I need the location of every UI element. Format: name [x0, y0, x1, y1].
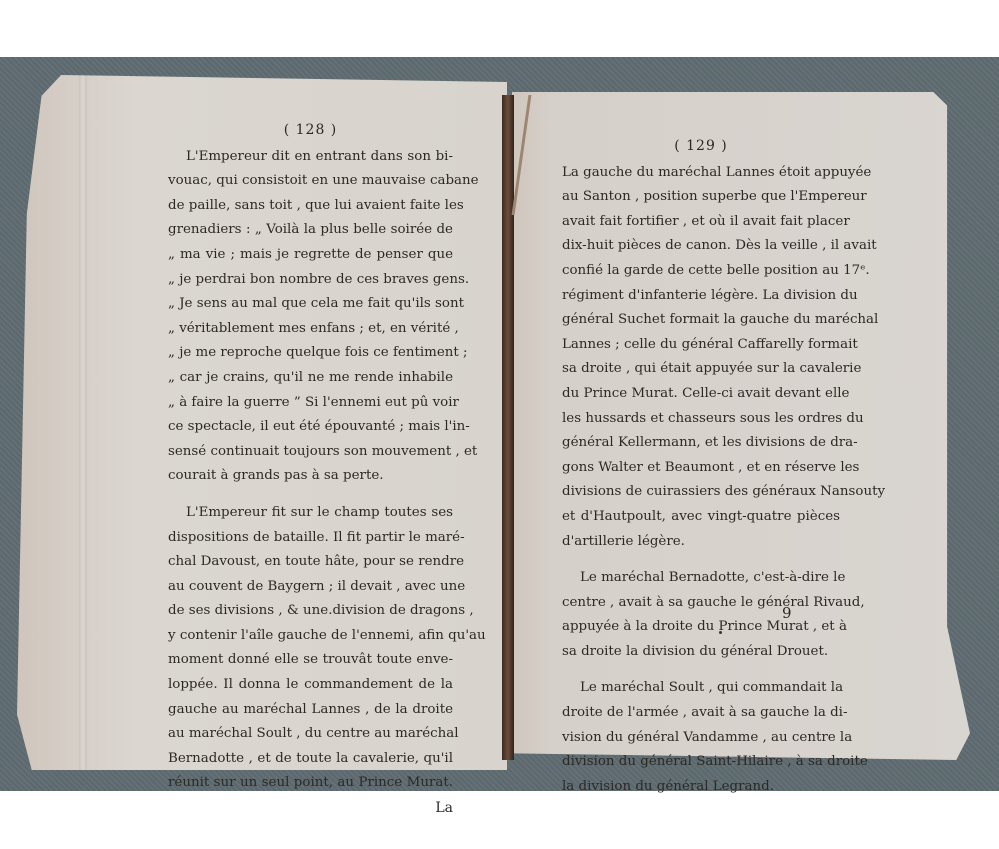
right-page-text: ( 129 ) La gauche du maréchal Lannes éto…	[562, 134, 840, 799]
paragraph: Le maréchal Soult , qui commandait la dr…	[562, 676, 840, 799]
left-page-deckle-edge	[79, 75, 87, 770]
text-line: vision du général Vandamme , au centre l…	[562, 726, 840, 751]
text-line: au couvent de Baygern ; il devait , avec…	[168, 575, 453, 600]
text-line: vouac, qui consistoit en une mauvaise ca…	[168, 169, 453, 194]
text-line: „ je perdrai bon nombre de ces braves ge…	[168, 268, 453, 293]
text-line: dix-huit pièces de canon. Dès la veille …	[562, 234, 840, 259]
text-line: Le maréchal Soult , qui commandait la	[562, 676, 840, 701]
text-line: moment donné elle se trouvât toute enve-	[168, 648, 453, 673]
text-line: courait à grands pas à sa perte.	[168, 464, 453, 489]
text-line: „ car je crains, qu'il ne me rende inhab…	[168, 366, 453, 391]
text-line: sensé continuait toujours son mouvement …	[168, 440, 453, 465]
paragraph: La gauche du maréchal Lannes étoit appuy…	[562, 161, 840, 555]
paragraph: Le maréchal Bernadotte, c'est-à-dire le …	[562, 566, 840, 664]
text-line: „ véritablement mes enfans ; et, en véri…	[168, 317, 453, 342]
signature-mark: 9	[782, 604, 792, 622]
text-line: sa droite , qui était appuyée sur la cav…	[562, 357, 840, 382]
text-line: centre , avait à sa gauche le général Ri…	[562, 591, 840, 616]
text-line: grenadiers : „ Voilà la plus belle soiré…	[168, 218, 453, 243]
text-line: loppée. Il donna le commandement de la	[168, 673, 453, 698]
text-line: gons Walter et Beaumont , et en réserve …	[562, 456, 840, 481]
text-line: les hussards et chasseurs sous les ordre…	[562, 407, 840, 432]
text-line: chal Davoust, en toute hâte, pour se ren…	[168, 550, 453, 575]
text-line: réunit sur un seul point, au Prince Mura…	[168, 771, 453, 796]
text-line: L'Empereur dit en entrant dans son bi-	[168, 145, 453, 170]
page-number-right: ( 129 )	[562, 134, 840, 159]
catchword: La	[168, 796, 453, 821]
text-line: la division du général Legrand.	[562, 775, 840, 800]
text-line: d'artillerie légère.	[562, 530, 840, 555]
text-line: de paille, sans toit , que lui avaient f…	[168, 194, 453, 219]
text-line: général Kellermann, et les divisions de …	[562, 431, 840, 456]
ink-dot	[719, 631, 722, 634]
text-line: „ ma vie ; mais je regrette de penser qu…	[168, 243, 453, 268]
text-line: dispositions de bataille. Il fit partir …	[168, 526, 453, 551]
text-line: division du général Saint-Hilaire , à sa…	[562, 750, 840, 775]
text-line: y contenir l'aîle gauche de l'ennemi, af…	[168, 624, 453, 649]
text-line: La gauche du maréchal Lannes étoit appuy…	[562, 161, 840, 186]
text-line: divisions de cuirassiers des généraux Na…	[562, 480, 840, 505]
text-line: régiment d'infanterie légère. La divisio…	[562, 284, 840, 309]
left-page-text: ( 128 ) L'Empereur dit en entrant dans s…	[168, 118, 453, 821]
text-line: L'Empereur fit sur le champ toutes ses	[168, 501, 453, 526]
text-line: „ Je sens au mal que cela me fait qu'ils…	[168, 292, 453, 317]
book-gutter	[502, 95, 514, 760]
paragraph: L'Empereur dit en entrant dans son bi- v…	[168, 145, 453, 489]
text-line: de ses divisions , & une.division de dra…	[168, 599, 453, 624]
text-line: „ à faire la guerre ” Si l'ennemi eut pû…	[168, 391, 453, 416]
paragraph: L'Empereur fit sur le champ toutes ses d…	[168, 501, 453, 796]
text-line: au maréchal Soult , du centre au marécha…	[168, 722, 453, 747]
text-line: appuyée à la droite du Prince Murat , et…	[562, 615, 840, 640]
text-line: sa droite la division du général Drouet.	[562, 640, 840, 665]
text-line: Bernadotte , et de toute la cavalerie, q…	[168, 747, 453, 772]
text-line: confié la garde de cette belle position …	[562, 259, 840, 284]
text-line: Lannes ; celle du général Caffarelly for…	[562, 333, 840, 358]
text-line: ce spectacle, il eut été épouvanté ; mai…	[168, 415, 453, 440]
page-number-left: ( 128 )	[168, 118, 453, 143]
text-line: avait fait fortifier , et où il avait fa…	[562, 210, 840, 235]
text-line: gauche au maréchal Lannes , de la droite	[168, 698, 453, 723]
text-line: au Santon , position superbe que l'Emper…	[562, 185, 840, 210]
text-line: du Prince Murat. Celle-ci avait devant e…	[562, 382, 840, 407]
text-line: et d'Hautpoult, avec vingt-quatre pièces	[562, 505, 840, 530]
text-line: général Suchet formait la gauche du maré…	[562, 308, 840, 333]
text-line: Le maréchal Bernadotte, c'est-à-dire le	[562, 566, 840, 591]
text-line: droite de l'armée , avait à sa gauche la…	[562, 701, 840, 726]
text-line: „ je me reproche quelque fois ce fentime…	[168, 341, 453, 366]
